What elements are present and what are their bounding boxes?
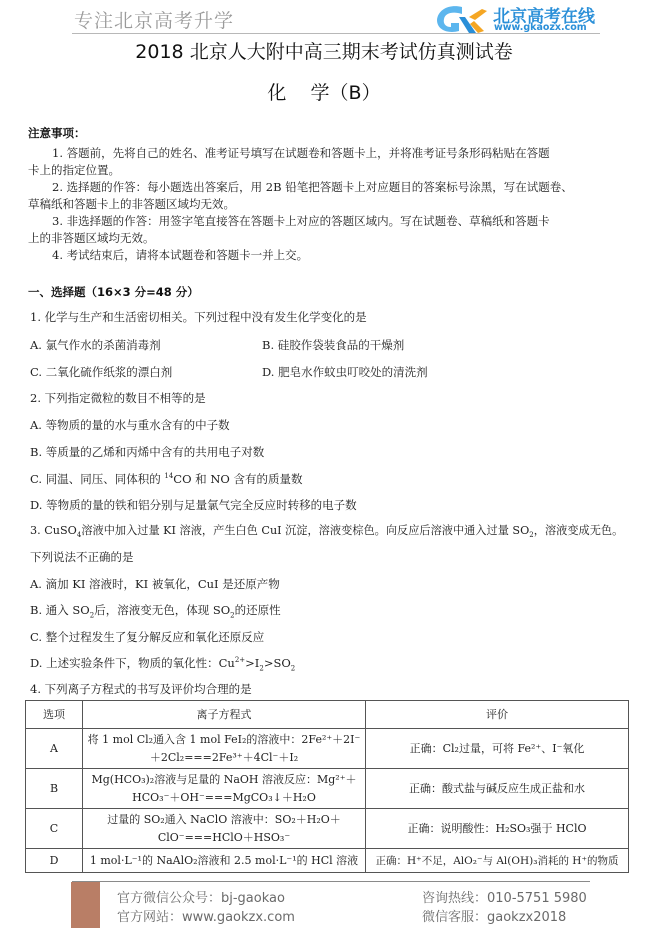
table-header-evaluation: 评价 bbox=[366, 701, 629, 729]
table-row: D 1 mol·L⁻¹的 NaAlO₂溶液和 2.5 mol·L⁻¹的 HCl … bbox=[26, 849, 629, 873]
notice-item-3-line2: 上的非答题区域均无效。 bbox=[28, 231, 155, 245]
notice-item-2-line1: 2. 选择题的作答：每小题选出答案后，用 2B 铅笔把答题卡上对应题目的答案标号… bbox=[52, 180, 573, 194]
question-3-option-c: C. 整个过程发生了复分解反应和氧化还原反应 bbox=[30, 630, 264, 644]
question-2-option-b: B. 等质量的乙烯和丙烯中含有的共用电子对数 bbox=[30, 445, 264, 459]
table-row: B Mg(HCO₃)₂溶液与足量的 NaOH 溶液反应：Mg²⁺＋HCO₃⁻＋O… bbox=[26, 769, 629, 809]
row-equation: 将 1 mol Cl₂通入含 1 mol FeI₂的溶液中：2Fe²⁺＋2I⁻＋… bbox=[83, 729, 366, 769]
table-row: C 过量的 SO₂通入 NaClO 溶液中：SO₂＋H₂O＋ClO⁻===HCl… bbox=[26, 809, 629, 849]
row-option: C bbox=[26, 809, 83, 849]
footer-website: 官方网站：www.gaokzx.com bbox=[117, 906, 295, 925]
question-2-option-a: A. 等物质的量的水与重水含有的中子数 bbox=[30, 418, 230, 432]
notice-heading: 注意事项： bbox=[28, 125, 86, 141]
question-1-option-a: A. 氯气作水的杀菌消毒剂 bbox=[30, 338, 161, 352]
subject-title: 化 学（B） bbox=[0, 78, 648, 105]
table-header-row: 选项 离子方程式 评价 bbox=[26, 701, 629, 729]
notice-item-3-line1: 3. 非选择题的作答：用签字笔直接答在答题卡上对应的答题区域内。写在试题卷、草稿… bbox=[52, 214, 550, 228]
row-evaluation: 正确：Cl₂过量，可将 Fe²⁺、I⁻氧化 bbox=[366, 729, 629, 769]
table-header-option: 选项 bbox=[26, 701, 83, 729]
notice-item-2-line2: 草稿纸和答题卡上的非答题区域均无效。 bbox=[28, 197, 235, 211]
row-evaluation: 正确：酸式盐与碱反应生成正盐和水 bbox=[366, 769, 629, 809]
footer-hotline: 咨询热线：010-5751 5980 bbox=[422, 887, 587, 906]
question-2-option-d: D. 等物质的量的铁和铝分别与足量氯气完全反应时转移的电子数 bbox=[30, 498, 357, 512]
exam-title: 2018 北京人大附中高三期末考试仿真测试卷 bbox=[0, 37, 648, 64]
footer-wechat-service: 微信客服：gaokzx2018 bbox=[422, 906, 566, 925]
row-equation: 过量的 SO₂通入 NaClO 溶液中：SO₂＋H₂O＋ClO⁻===HClO＋… bbox=[83, 809, 366, 849]
notice-item-4: 4. 考试结束后，请将本试题卷和答题卡一并上交。 bbox=[52, 248, 308, 262]
footer-accent-block bbox=[71, 882, 100, 928]
row-evaluation: 正确：说明酸性：H₂SO₃强于 HClO bbox=[366, 809, 629, 849]
question-3-stem-2: 下列说法不正确的是 bbox=[30, 550, 134, 564]
section-heading: 一、选择题（16×3 分=48 分） bbox=[28, 284, 199, 300]
row-option: D bbox=[26, 849, 83, 873]
notice-item-1-line1: 1. 答题前，先将自己的姓名、准考证号填写在试题卷和答题卡上，并将准考证号条形码… bbox=[52, 146, 550, 160]
question-1-stem: 1. 化学与生产和生活密切相关。下列过程中没有发生化学变化的是 bbox=[30, 310, 367, 324]
row-option: B bbox=[26, 769, 83, 809]
question-4-table: 选项 离子方程式 评价 A 将 1 mol Cl₂通入含 1 mol FeI₂的… bbox=[25, 700, 629, 873]
question-1-option-d: D. 肥皂水作蚊虫叮咬处的清洗剂 bbox=[262, 365, 428, 379]
question-2-stem: 2. 下列指定微粒的数目不相等的是 bbox=[30, 391, 206, 405]
question-2-option-c: C. 同温、同压、同体积的 14CO 和 NO 含有的质量数 bbox=[30, 472, 302, 486]
header-divider bbox=[72, 33, 600, 34]
question-1-option-b: B. 硅胶作袋装食品的干燥剂 bbox=[262, 338, 404, 352]
footer-divider bbox=[72, 881, 590, 882]
row-equation: 1 mol·L⁻¹的 NaAlO₂溶液和 2.5 mol·L⁻¹的 HCl 溶液 bbox=[83, 849, 366, 873]
notice-item-1-line2: 卡上的指定位置。 bbox=[28, 163, 120, 177]
question-3-stem: 3. CuSO4溶液中加入过量 KI 溶液，产生白色 CuI 沉淀，溶液变棕色。… bbox=[30, 524, 623, 538]
question-3-option-a: A. 滴加 KI 溶液时，KI 被氧化，CuI 是还原产物 bbox=[30, 577, 280, 591]
table-row: A 将 1 mol Cl₂通入含 1 mol FeI₂的溶液中：2Fe²⁺＋2I… bbox=[26, 729, 629, 769]
question-1-option-c: C. 二氧化硫作纸浆的漂白剂 bbox=[30, 365, 172, 379]
question-3-option-b: B. 通入 SO2后，溶液变无色，体现 SO2的还原性 bbox=[30, 603, 281, 617]
header-slogan: 专注北京高考升学 bbox=[74, 6, 234, 33]
question-4-stem: 4. 下列离子方程式的书写及评价均合理的是 bbox=[30, 682, 252, 696]
footer-wechat-official: 官方微信公众号：bj-gaokao bbox=[117, 887, 285, 906]
question-3-option-d: D. 上述实验条件下，物质的氧化性：Cu2+>I2>SO2 bbox=[30, 656, 295, 670]
logo-url: www.gkaozx.com bbox=[494, 22, 587, 33]
table-header-equation: 离子方程式 bbox=[83, 701, 366, 729]
row-option: A bbox=[26, 729, 83, 769]
row-equation: Mg(HCO₃)₂溶液与足量的 NaOH 溶液反应：Mg²⁺＋HCO₃⁻＋OH⁻… bbox=[83, 769, 366, 809]
gkaozx-logo-icon bbox=[432, 3, 490, 35]
row-evaluation: 正确：H⁺不足，AlO₂⁻与 Al(OH)₃消耗的 H⁺的物质 bbox=[366, 849, 629, 873]
